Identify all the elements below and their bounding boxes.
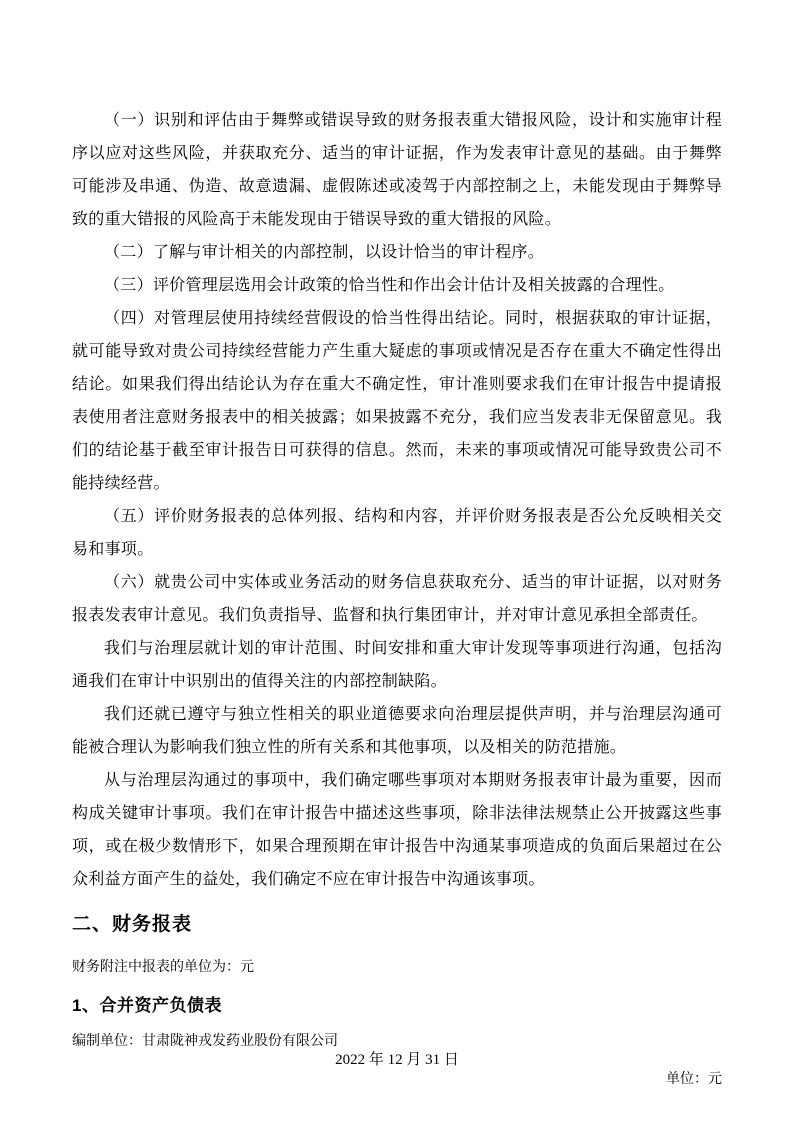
paragraph-auditor-responsibility-4: （四）对管理层使用持续经营假设的恰当性得出结论。同时，根据获取的审计证据，就可能… (72, 302, 722, 500)
paragraph-auditor-responsibility-3: （三）评价管理层选用会计政策的恰当性和作出会计估计及相关披露的合理性。 (72, 269, 722, 302)
paragraph-key-audit-matters: 从与治理层沟通过的事项中，我们确定哪些事项对本期财务报表审计最为重要，因而构成关… (72, 764, 722, 896)
currency-unit-label: 单位：元 (72, 1070, 722, 1089)
paragraph-governance-communication: 我们与治理层就计划的审计范围、时间安排和重大审计发现等事项进行沟通，包括沟通我们… (72, 632, 722, 698)
paragraph-auditor-responsibility-6: （六）就贵公司中实体或业务活动的财务信息获取充分、适当的审计证据，以对财务报表发… (72, 566, 722, 632)
document-content: （一）识别和评估由于舞弊或错误导致的财务报表重大错报风险，设计和实施审计程序以应… (72, 0, 722, 1089)
balance-sheet-date: 2022 年 12 月 31 日 (72, 1051, 722, 1070)
subsection-heading-consolidated-balance-sheet: 1、合并资产负债表 (72, 994, 722, 1017)
paragraph-independence-statement: 我们还就已遵守与独立性相关的职业道德要求向治理层提供声明，并与治理层沟通可能被合… (72, 698, 722, 764)
prepared-by-company: 编制单位：甘肃陇神戎发药业股份有限公司 (72, 1032, 722, 1051)
paragraph-auditor-responsibility-5: （五）评价财务报表的总体列报、结构和内容，并评价财务报表是否公允反映相关交易和事… (72, 500, 722, 566)
section-heading-financial-statements: 二、财务报表 (72, 912, 722, 938)
paragraph-auditor-responsibility-2: （二）了解与审计相关的内部控制，以设计恰当的审计程序。 (72, 236, 722, 269)
document-page: （一）识别和评估由于舞弊或错误导致的财务报表重大错报风险，设计和实施审计程序以应… (0, 0, 793, 1122)
financial-notes-unit-note: 财务附注中报表的单位为：元 (72, 958, 722, 977)
paragraph-auditor-responsibility-1: （一）识别和评估由于舞弊或错误导致的财务报表重大错报风险，设计和实施审计程序以应… (72, 104, 722, 236)
